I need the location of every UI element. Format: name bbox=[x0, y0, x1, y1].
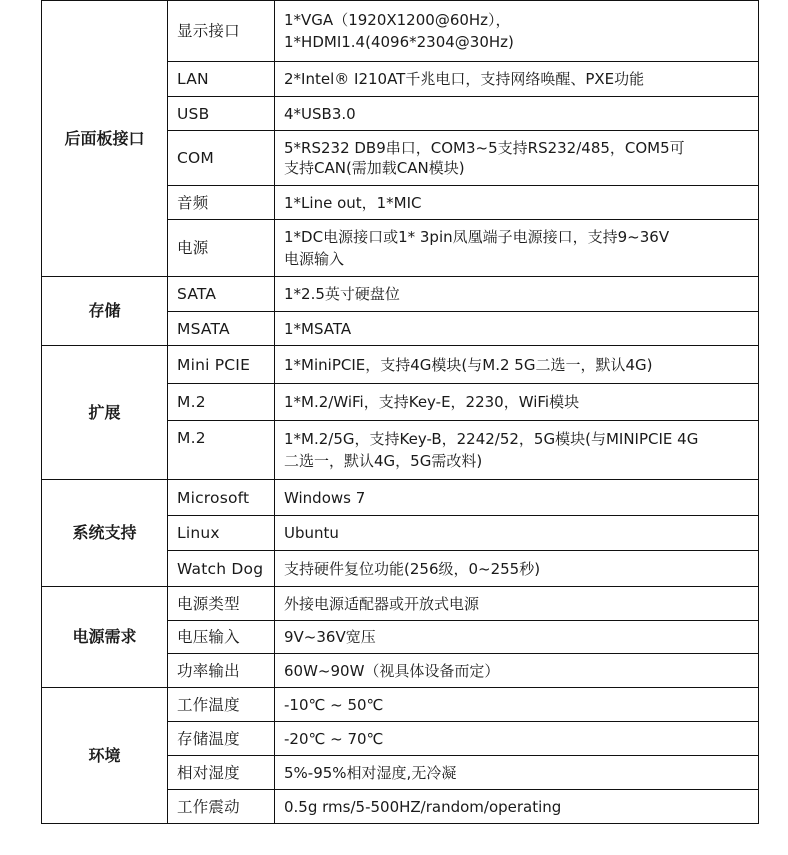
spec-key: M.2 bbox=[168, 421, 275, 480]
spec-key: Linux bbox=[168, 516, 275, 551]
category-cell: 系统支持 bbox=[42, 480, 168, 587]
spec-key: Mini PCIE bbox=[168, 346, 275, 384]
value-line: 支持CAN(需加载CAN模块) bbox=[284, 158, 754, 178]
spec-key: USB bbox=[168, 97, 275, 131]
value-line: 1*VGA（1920X1200@60Hz）， bbox=[284, 9, 754, 31]
spec-table: 后面板接口 显示接口 1*VGA（1920X1200@60Hz）， 1*HDMI… bbox=[41, 0, 759, 824]
spec-value: 60W~90W（视具体设备而定） bbox=[275, 654, 759, 688]
spec-key: 电压输入 bbox=[168, 621, 275, 654]
spec-key: Watch Dog bbox=[168, 551, 275, 587]
spec-value: 5%-95%相对湿度,无冷凝 bbox=[275, 756, 759, 790]
value-line: 5*RS232 DB9串口，COM3~5支持RS232/485，COM5可 bbox=[284, 138, 754, 158]
category-cell: 后面板接口 bbox=[42, 1, 168, 277]
value-line: 二选一，默认4G，5G需改料) bbox=[284, 450, 754, 472]
value-line: 1*HDMI1.4(4096*2304@30Hz) bbox=[284, 31, 754, 53]
spec-value: 1*M.2/WiFi，支持Key-E，2230，WiFi模块 bbox=[275, 384, 759, 421]
spec-value: 0.5g rms/5-500HZ/random/operating bbox=[275, 790, 759, 824]
table-row: 环境 工作温度 -10℃ ~ 50℃ bbox=[42, 688, 759, 722]
spec-value: Ubuntu bbox=[275, 516, 759, 551]
spec-key: MSATA bbox=[168, 312, 275, 346]
spec-key: 显示接口 bbox=[168, 1, 275, 62]
spec-key: 电源类型 bbox=[168, 587, 275, 621]
spec-key: COM bbox=[168, 131, 275, 186]
spec-value: 外接电源适配器或开放式电源 bbox=[275, 587, 759, 621]
spec-key: LAN bbox=[168, 62, 275, 97]
spec-key: 工作震动 bbox=[168, 790, 275, 824]
spec-value: Windows 7 bbox=[275, 480, 759, 516]
spec-key: M.2 bbox=[168, 384, 275, 421]
spec-value: 1*M.2/5G，支持Key-B，2242/52，5G模块(与MINIPCIE … bbox=[275, 421, 759, 480]
spec-key: 功率输出 bbox=[168, 654, 275, 688]
spec-value: -10℃ ~ 50℃ bbox=[275, 688, 759, 722]
table-row: 扩展 Mini PCIE 1*MiniPCIE，支持4G模块(与M.2 5G二选… bbox=[42, 346, 759, 384]
spec-value: 5*RS232 DB9串口，COM3~5支持RS232/485，COM5可 支持… bbox=[275, 131, 759, 186]
category-cell: 环境 bbox=[42, 688, 168, 824]
category-cell: 存储 bbox=[42, 277, 168, 346]
spec-key: 音频 bbox=[168, 186, 275, 220]
spec-value: 1*2.5英寸硬盘位 bbox=[275, 277, 759, 312]
spec-key: Microsoft bbox=[168, 480, 275, 516]
value-line: 1*M.2/5G，支持Key-B，2242/52，5G模块(与MINIPCIE … bbox=[284, 428, 754, 450]
spec-value: 支持硬件复位功能(256级，0~255秒) bbox=[275, 551, 759, 587]
spec-key: 电源 bbox=[168, 220, 275, 277]
value-line: 电源输入 bbox=[284, 248, 754, 270]
table-row: 存储 SATA 1*2.5英寸硬盘位 bbox=[42, 277, 759, 312]
spec-value: -20℃ ~ 70℃ bbox=[275, 722, 759, 756]
value-line: 1*DC电源接口或1* 3pin凤凰端子电源接口，支持9~36V bbox=[284, 226, 754, 248]
spec-value: 1*DC电源接口或1* 3pin凤凰端子电源接口，支持9~36V 电源输入 bbox=[275, 220, 759, 277]
spec-value: 1*MiniPCIE，支持4G模块(与M.2 5G二选一，默认4G) bbox=[275, 346, 759, 384]
spec-key: SATA bbox=[168, 277, 275, 312]
table-row: 系统支持 Microsoft Windows 7 bbox=[42, 480, 759, 516]
spec-value: 9V~36V宽压 bbox=[275, 621, 759, 654]
table-row: 后面板接口 显示接口 1*VGA（1920X1200@60Hz）， 1*HDMI… bbox=[42, 1, 759, 62]
spec-value: 1*VGA（1920X1200@60Hz）， 1*HDMI1.4(4096*23… bbox=[275, 1, 759, 62]
spec-value: 4*USB3.0 bbox=[275, 97, 759, 131]
spec-value: 1*Line out，1*MIC bbox=[275, 186, 759, 220]
spec-key: 工作温度 bbox=[168, 688, 275, 722]
spec-value: 1*MSATA bbox=[275, 312, 759, 346]
spec-key: 存储温度 bbox=[168, 722, 275, 756]
category-cell: 扩展 bbox=[42, 346, 168, 480]
spec-value: 2*Intel® I210AT千兆电口，支持网络唤醒、PXE功能 bbox=[275, 62, 759, 97]
spec-key: 相对湿度 bbox=[168, 756, 275, 790]
table-row: 电源需求 电源类型 外接电源适配器或开放式电源 bbox=[42, 587, 759, 621]
category-cell: 电源需求 bbox=[42, 587, 168, 688]
